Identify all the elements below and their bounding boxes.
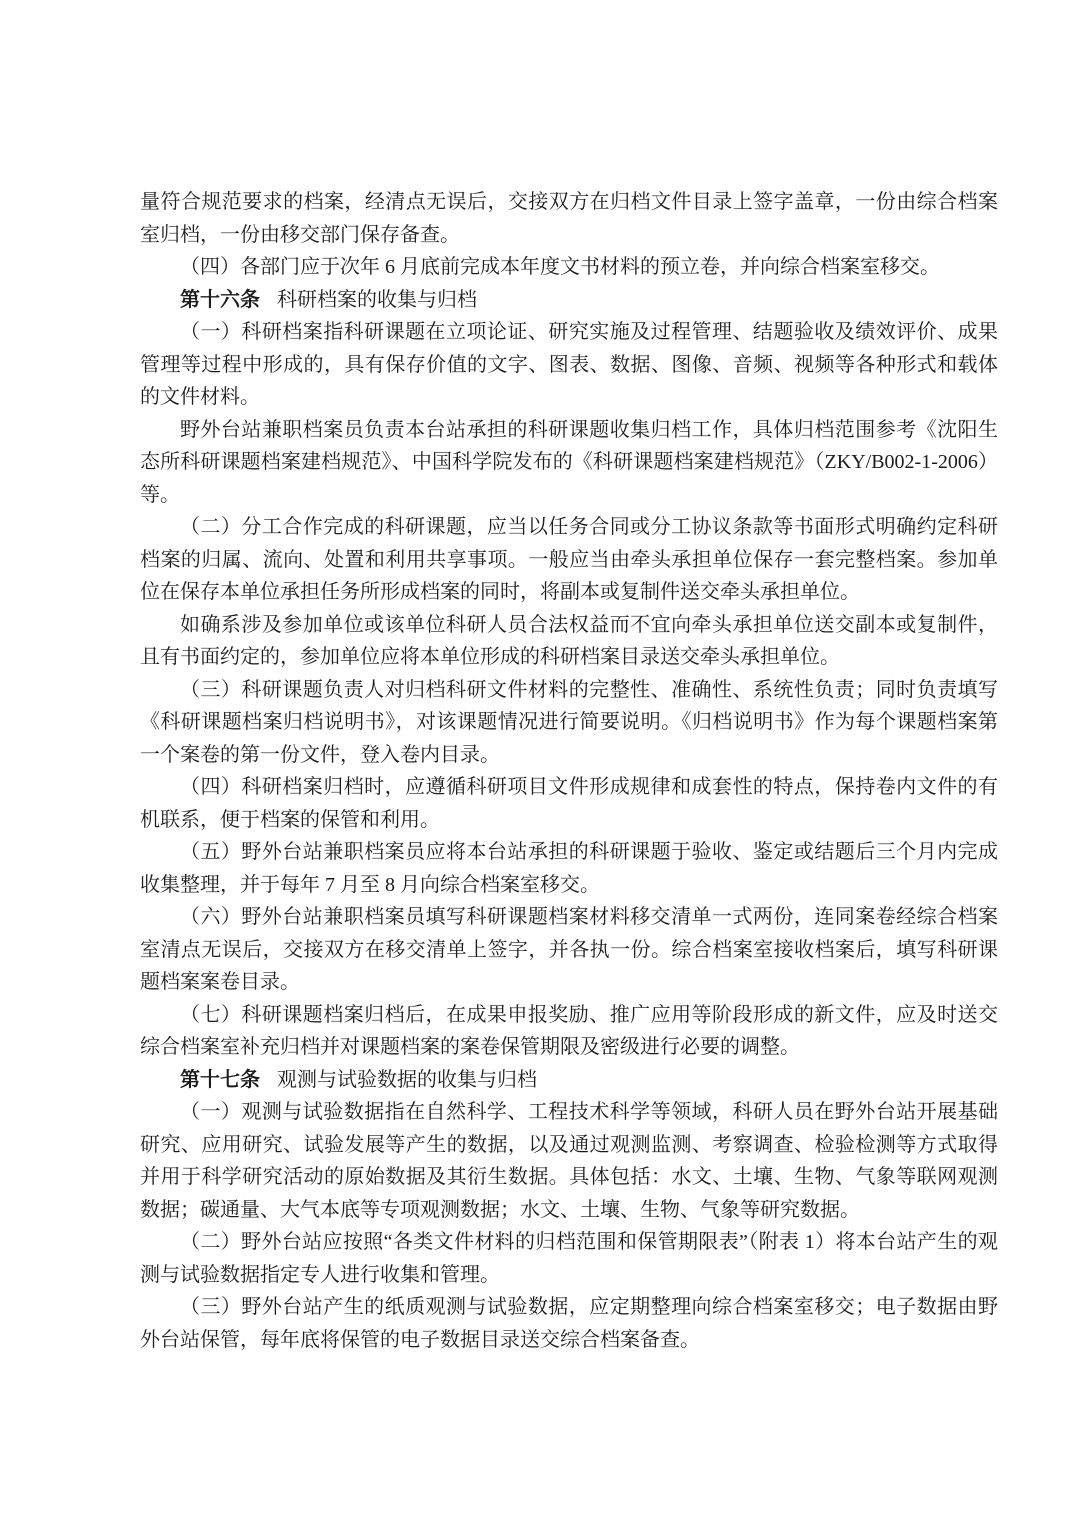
article-16-heading: 第十六条科研档案的收集与归档	[140, 284, 998, 317]
article-17-title: 观测与试验数据的收集与归档	[277, 1069, 537, 1091]
document-text-block: 量符合规范要求的档案，经清点无误后，交接双方在归档文件目录上签字盖章，一份由综合…	[140, 186, 998, 1356]
article-16-item-6: （六）野外台站兼职档案员填写科研课题档案材料移交清单一式两份，连同案卷经综合档案…	[140, 901, 998, 999]
paragraph-item-4-prev-article: （四）各部门应于次年 6 月底前完成本年度文书材料的预立卷，并向综合档案室移交。	[140, 251, 998, 284]
article-16-item-3: （三）科研课题负责人对归档科研文件材料的完整性、准确性、系统性负责；同时负责填写…	[140, 674, 998, 772]
article-17-heading: 第十七条观测与试验数据的收集与归档	[140, 1064, 998, 1097]
article-16-item-2: （二）分工合作完成的科研课题，应当以任务合同或分工协议条款等书面形式明确约定科研…	[140, 511, 998, 609]
article-16-item-4: （四）科研档案归档时，应遵循科研项目文件形成规律和成套性的特点，保持卷内文件的有…	[140, 771, 998, 836]
article-16-item-2-sub: 如确系涉及参加单位或该单位科研人员合法权益而不宜向牵头承担单位送交副本或复制件，…	[140, 609, 998, 674]
article-16-title: 科研档案的收集与归档	[277, 289, 477, 311]
article-16-item-1: （一）科研档案指科研课题在立项论证、研究实施及过程管理、结题验收及绩效评价、成果…	[140, 316, 998, 414]
article-17-number: 第十七条	[180, 1069, 260, 1091]
article-16-item-1-sub: 野外台站兼职档案员负责本台站承担的科研课题收集归档工作，具体归档范围参考《沈阳生…	[140, 414, 998, 512]
paragraph-continuation: 量符合规范要求的档案，经清点无误后，交接双方在归档文件目录上签字盖章，一份由综合…	[140, 186, 998, 251]
article-16-number: 第十六条	[180, 289, 260, 311]
article-17-item-3: （三）野外台站产生的纸质观测与试验数据，应定期整理向综合档案室移交；电子数据由野…	[140, 1291, 998, 1356]
article-16-item-5: （五）野外台站兼职档案员应将本台站承担的科研课题于验收、鉴定或结题后三个月内完成…	[140, 836, 998, 901]
article-17-item-1: （一）观测与试验数据指在自然科学、工程技术科学等领域，科研人员在野外台站开展基础…	[140, 1096, 998, 1226]
article-17-item-2: （二）野外台站应按照“各类文件材料的归档范围和保管期限表”（附表 1）将本台站产…	[140, 1226, 998, 1291]
article-16-item-7: （七）科研课题档案归档后，在成果申报奖励、推广应用等阶段形成的新文件，应及时送交…	[140, 999, 998, 1064]
document-page: 量符合规范要求的档案，经清点无误后，交接双方在归档文件目录上签字盖章，一份由综合…	[0, 0, 1074, 1520]
